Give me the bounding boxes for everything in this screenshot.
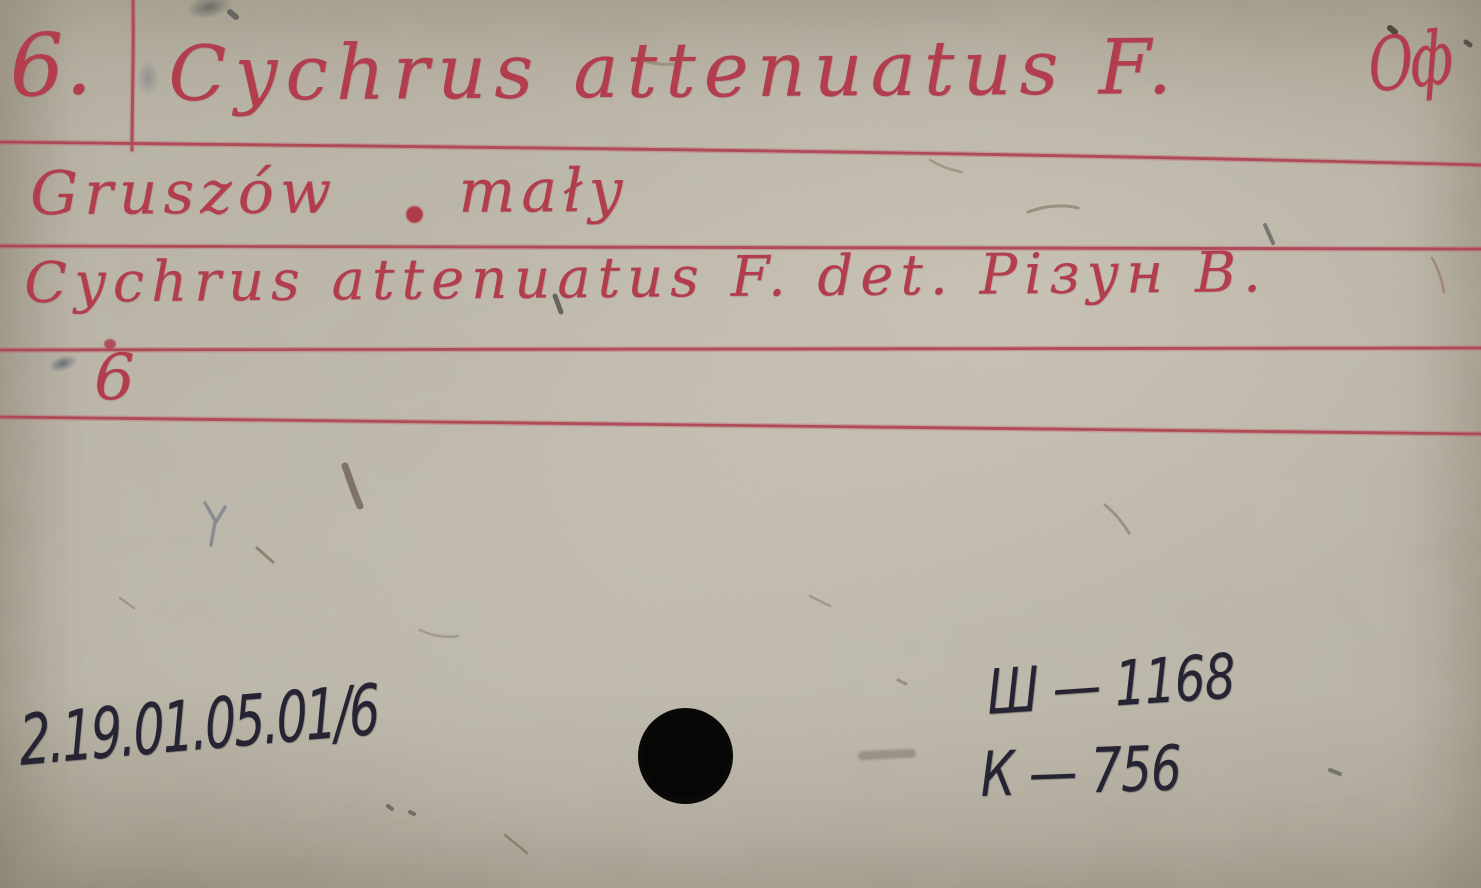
locality-entry: Gruszów mały [30, 161, 629, 224]
margin-number: 6. [8, 21, 93, 110]
punch-hole [638, 708, 733, 804]
pencil-smudge [181, 0, 237, 25]
determination-entry: Cychrus attenuatus F. det. Різун В. [24, 245, 1268, 312]
inventory-code-k: К — 756 [980, 737, 1181, 806]
ink-smudge [44, 350, 82, 377]
index-card: 6. Cychrus attenuatus F. Оф Gruszów mały… [0, 0, 1481, 888]
row-number: 6 [94, 346, 135, 410]
species-name: Cychrus attenuatus F. [168, 29, 1180, 112]
pencil-dash [858, 748, 916, 760]
corner-note: Оф [1366, 20, 1452, 103]
catalog-number: 2.19.01.05.01/6 [18, 675, 379, 776]
ink-smudge-faint [136, 58, 160, 98]
inventory-code-sh: Ш — 1168 [986, 645, 1236, 724]
